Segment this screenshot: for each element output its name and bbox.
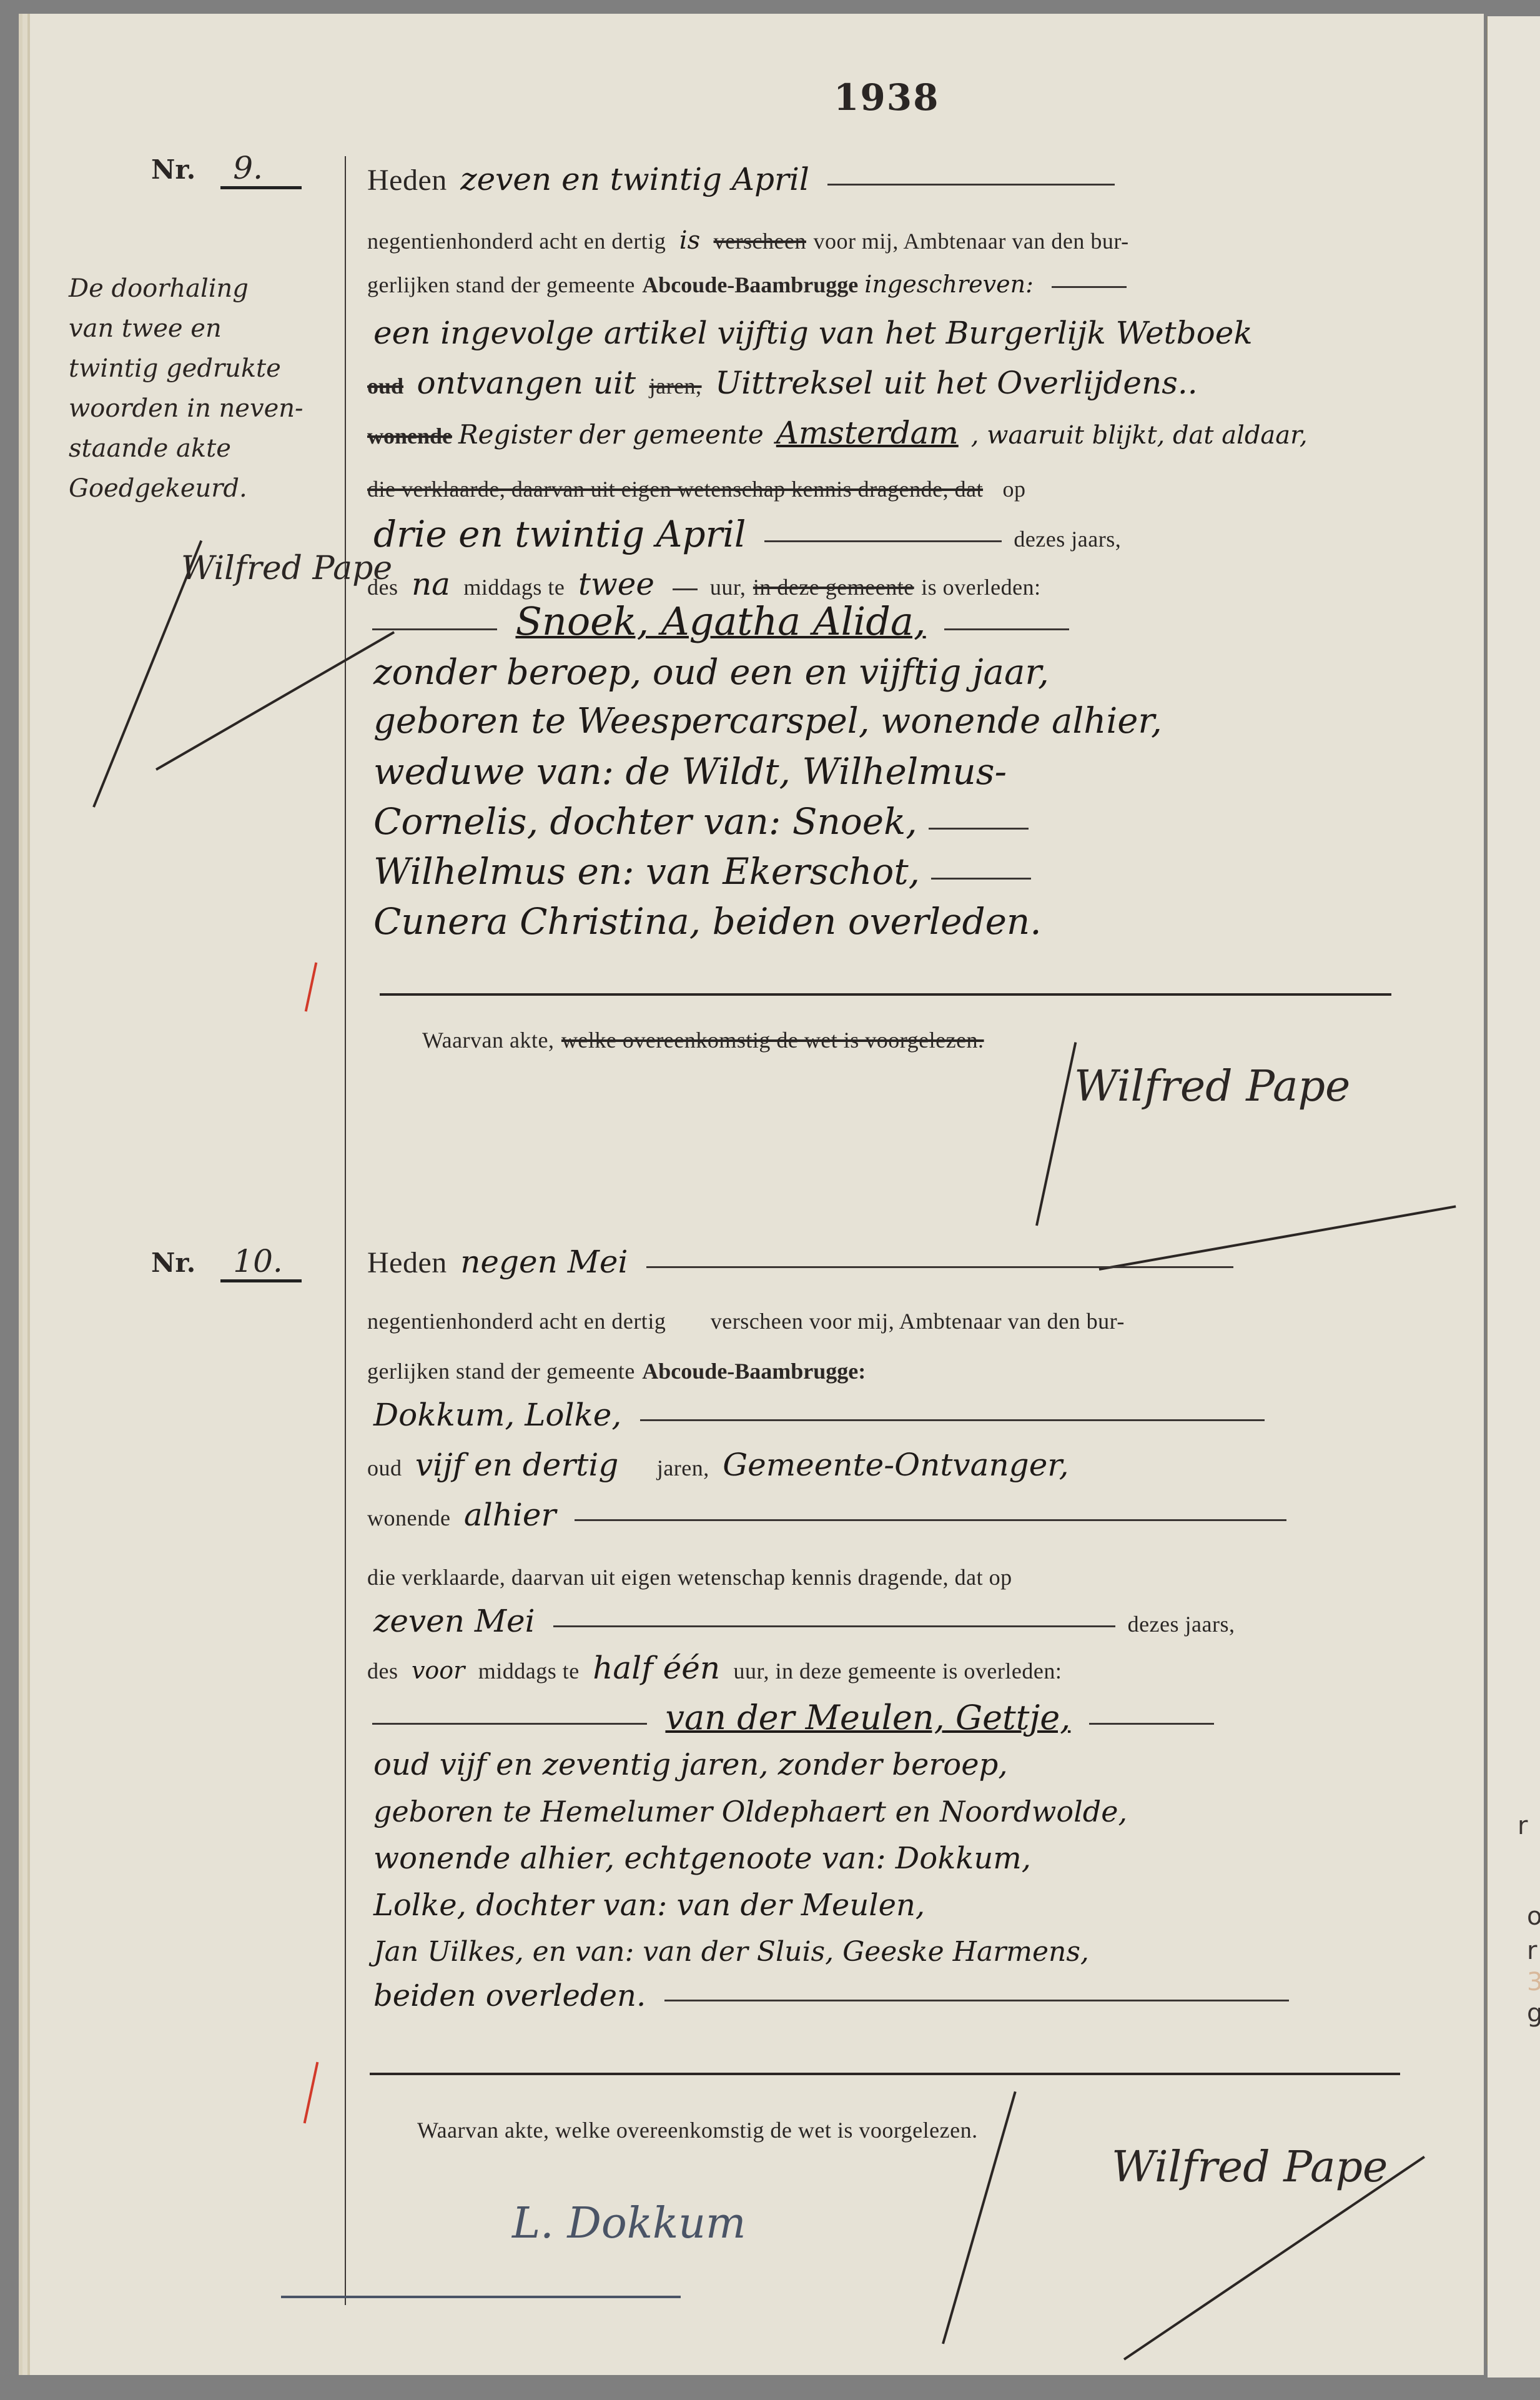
- place-of-record: Amsterdam: [770, 415, 965, 451]
- closing-rule: [370, 2073, 1400, 2075]
- entry10-line-7: die verklaarde, daarvan uit eigen wetens…: [367, 1562, 1398, 1594]
- margin-rule: [345, 156, 346, 2305]
- municipality-name: Abcoude-Baambrugge:: [642, 1359, 866, 1384]
- entry9-line-4: een ingevolge artikel vijftig van het Bu…: [367, 317, 1398, 352]
- entry9-line-8: drie en twintig April dezes jaars,: [367, 518, 1398, 555]
- struck-word: verscheen: [714, 229, 806, 254]
- fill-line: [673, 588, 698, 590]
- adjacent-page-char: o: [1527, 1902, 1540, 1931]
- signature-flourish: [281, 2296, 681, 2298]
- signature-declarant: L. Dokkum: [512, 2199, 746, 2248]
- register-year: 1938: [834, 76, 939, 119]
- entry10-line-13: wonende alhier, echtgenoote van: Dokkum,: [367, 1843, 1398, 1877]
- fill-line: [827, 184, 1115, 186]
- signature-registrar: Wilfred Pape: [1074, 1062, 1350, 1111]
- entry10-line-5: oud vijf en dertig jaren, Gemeente-Ontva…: [367, 1449, 1398, 1484]
- entry9-line-2: negentienhonderd acht en dertig is versc…: [367, 225, 1398, 257]
- deceased-name: Snoek, Agatha Alida,: [509, 598, 932, 644]
- entry9-line-14: Cornelis, dochter van: Snoek,: [367, 806, 1398, 843]
- margin-annotation: De doorhaling van twee en twintig gedruk…: [69, 269, 343, 508]
- fill-line: [646, 1266, 1233, 1268]
- margin-signature: Wilfred Pape: [181, 550, 392, 587]
- entry10-closing: Waarvan akte, welke overeenkomstig de we…: [417, 2115, 1448, 2146]
- entry9-closing: Waarvan akte, welke overeenkomstig de we…: [422, 1024, 1453, 1056]
- entry-number-9: Nr.9.: [151, 150, 302, 189]
- fill-line: [372, 1723, 647, 1725]
- adjacent-page-char: r: [1518, 1812, 1528, 1840]
- entry10-line-12: geboren te Hemelumer Oldephaert en Noord…: [367, 1796, 1398, 1830]
- entry10-deceased-name: van der Meulen, Gettje,: [367, 1702, 1398, 1738]
- entry10-line-15: Jan Uilkes, en van: van der Sluis, Geesk…: [367, 1936, 1398, 1970]
- entry10-line-16: beiden overleden.: [367, 1980, 1398, 2015]
- entry10-line-8: zeven Mei dezes jaars,: [367, 1605, 1398, 1640]
- handwritten-date: zeven en twintig April: [454, 161, 816, 197]
- entry10-declarant: Dokkum, Lolke,: [367, 1399, 1398, 1434]
- fill-line: [664, 2000, 1289, 2001]
- fill-line: [1089, 1723, 1214, 1725]
- fill-line: [929, 828, 1029, 830]
- handwritten-date: negen Mei: [454, 1244, 634, 1280]
- entry10-line-9: des voor middags te half één uur, in dez…: [367, 1652, 1398, 1687]
- fill-line: [764, 540, 1002, 542]
- entry9-line-12: geboren te Weespercarspel, wonende alhie…: [367, 706, 1398, 741]
- declarant-name: Dokkum, Lolke,: [367, 1397, 628, 1433]
- entry9-line-13: weduwe van: de Wildt, Wilhelmus-: [367, 756, 1398, 793]
- entry10-line-11: oud vijf en zeventig jaren, zonder beroe…: [367, 1749, 1398, 1783]
- fill-line: [575, 1519, 1286, 1521]
- entry9-line-6: wonendeRegister der gemeenteAmsterdam, w…: [367, 417, 1398, 452]
- entry9-line-1: Heden zeven en twintig April: [367, 164, 1398, 199]
- adjacent-page-char: 3: [1527, 1968, 1540, 1996]
- adjacent-page-char: g: [1527, 1999, 1540, 2028]
- entry9-line-15: Wilhelmus en: van Ekerschot,: [367, 856, 1398, 893]
- fill-line: [553, 1625, 1115, 1627]
- adjacent-page-char: r: [1527, 1936, 1537, 1965]
- entry10-line-2: negentienhonderd acht en dertig verschee…: [367, 1306, 1398, 1337]
- entry10-line-6: wonende alhier: [367, 1499, 1398, 1534]
- entry10-line-3: gerlijken stand der gemeente Abcoude-Baa…: [367, 1356, 1398, 1387]
- entry-number-value: 10.: [220, 1243, 302, 1282]
- entry9-line-5: oud ontvangen uit jaren, Uittreksel uit …: [367, 367, 1398, 402]
- entry-number-value: 9.: [220, 150, 302, 189]
- signature-registrar: Wilfred Pape: [1112, 2143, 1388, 2192]
- deceased-name: van der Meulen, Gettje,: [659, 1698, 1077, 1737]
- closing-rule: [380, 993, 1391, 996]
- fill-line: [372, 628, 497, 630]
- entry9-line-3: gerlijken stand der gemeente Abcoude-Baa…: [367, 269, 1398, 301]
- fill-line: [1052, 286, 1127, 288]
- entry9-deceased-name: Snoek, Agatha Alida,: [367, 606, 1398, 643]
- entry9-line-7: die verklaarde, daarvan uit eigen wetens…: [367, 474, 1398, 505]
- municipality-name: Abcoude-Baambrugge: [642, 272, 858, 297]
- fill-line: [931, 878, 1031, 880]
- fill-line: [944, 628, 1069, 630]
- entry-number-10: Nr.10.: [151, 1243, 302, 1282]
- entry9-line-11: zonder beroep, oud een en vijftig jaar,: [367, 657, 1398, 693]
- entry9-line-16: Cunera Christina, beiden overleden.: [367, 906, 1398, 943]
- entry10-line-14: Lolke, dochter van: van der Meulen,: [367, 1890, 1398, 1924]
- entry10-line-1: Heden negen Mei: [367, 1246, 1398, 1281]
- fill-line: [640, 1419, 1265, 1421]
